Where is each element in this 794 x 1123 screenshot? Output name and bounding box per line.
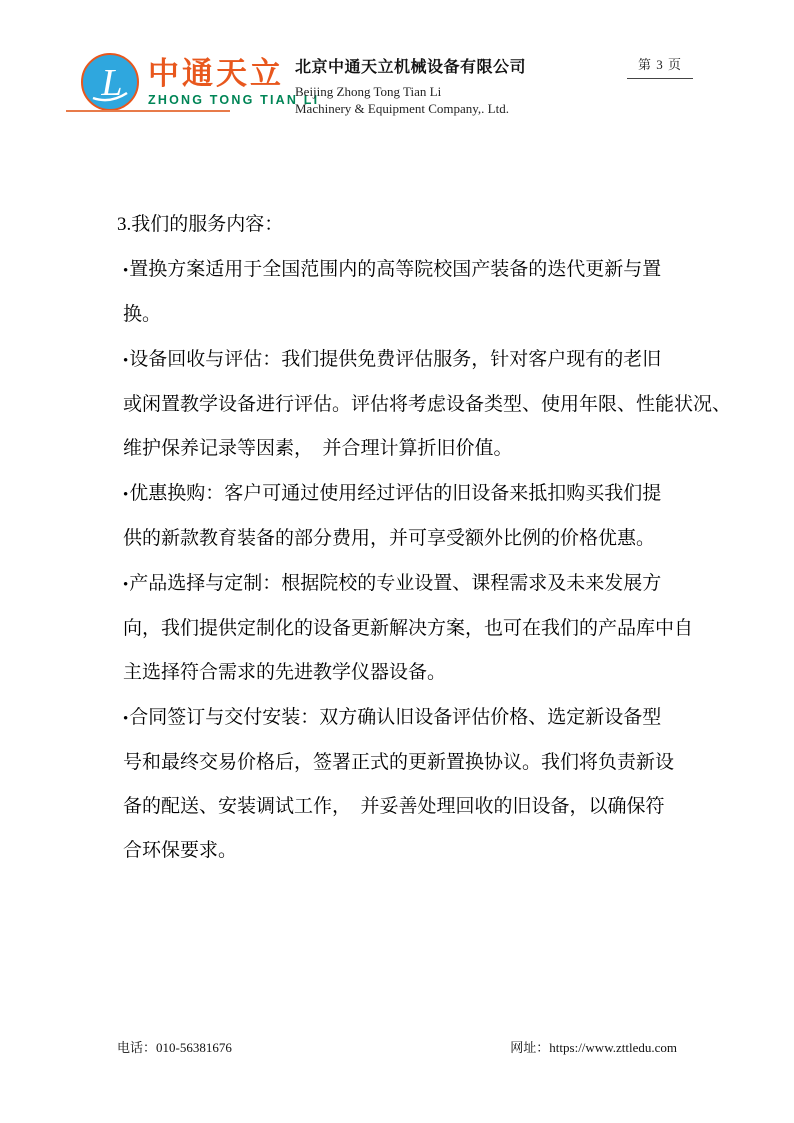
bullet-text: 合同签订与交付安装：双方确认旧设备评估价格、选定新设备型号和最终交易价格后，签署… xyxy=(123,707,674,861)
bullet-text: 产品选择与定制：根据院校的专业设置、课程需求及未来发展方向，我们提供定制化的设备… xyxy=(123,573,693,683)
sailboat-logo-icon: L xyxy=(80,52,140,112)
page-number: 第 3 页 xyxy=(627,54,693,79)
service-bullet-product-customization: •产品选择与定制：根据院校的专业设置、课程需求及未来发展方向，我们提供定制化的设… xyxy=(117,562,737,695)
bullet-dot: • xyxy=(123,711,128,727)
company-name-chinese: 北京中通天立机械设备有限公司 xyxy=(295,54,526,77)
company-name-block: 北京中通天立机械设备有限公司 Beijing Zhong Tong Tian L… xyxy=(295,54,526,117)
service-bullet-contract-delivery: •合同签订与交付安装：双方确认旧设备评估价格、选定新设备型号和最终交易价格后，签… xyxy=(117,696,737,873)
footer-website: 网址：https://www.zttledu.com xyxy=(510,1037,677,1056)
document-body: 3.我们的服务内容： •置换方案适用于全国范围内的高等院校国产装备的迭代更新与置… xyxy=(117,203,737,874)
company-name-english: Beijing Zhong Tong Tian Li Machinery & E… xyxy=(295,83,526,117)
bullet-dot: • xyxy=(123,263,128,279)
logo-chinese-name: 中通天立 xyxy=(148,58,319,89)
logo-underline-rule xyxy=(66,110,230,112)
company-name-english-line2: Machinery & Equipment Company,. Ltd. xyxy=(295,100,526,117)
bullet-dot: • xyxy=(123,487,128,503)
service-bullet-recycle-appraisal: •设备回收与评估：我们提供免费评估服务，针对客户现有的老旧或闲置教学设备进行评估… xyxy=(117,338,737,471)
bullet-text: 设备回收与评估：我们提供免费评估服务，针对客户现有的老旧或闲置教学设备进行评估。… xyxy=(123,349,731,459)
service-bullet-replacement-plan: •置换方案适用于全国范围内的高等院校国产装备的迭代更新与置换。 xyxy=(117,248,737,337)
document-page: L 中通天立 ZHONG TONG TIAN LI 北京中通天立机械设备有限公司… xyxy=(0,0,794,1123)
bullet-text: 优惠换购：客户可通过使用经过评估的旧设备来抵扣购买我们提供的新款教育装备的部分费… xyxy=(123,483,661,549)
bullet-text: 置换方案适用于全国范围内的高等院校国产装备的迭代更新与置换。 xyxy=(123,259,661,325)
footer-phone: 电话：010-56381676 xyxy=(117,1037,232,1056)
section-title: 3.我们的服务内容： xyxy=(117,203,737,247)
page-header: L 中通天立 ZHONG TONG TIAN LI 北京中通天立机械设备有限公司… xyxy=(0,0,794,130)
logo-text-block: 中通天立 ZHONG TONG TIAN LI xyxy=(148,52,319,107)
bullet-dot: • xyxy=(123,353,128,369)
company-name-english-line1: Beijing Zhong Tong Tian Li xyxy=(295,83,526,100)
company-logo: L 中通天立 ZHONG TONG TIAN LI xyxy=(80,52,319,112)
logo-english-name: ZHONG TONG TIAN LI xyxy=(148,93,319,107)
service-bullet-trade-in-discount: •优惠换购：客户可通过使用经过评估的旧设备来抵扣购买我们提供的新款教育装备的部分… xyxy=(117,472,737,561)
bullet-dot: • xyxy=(123,577,128,593)
